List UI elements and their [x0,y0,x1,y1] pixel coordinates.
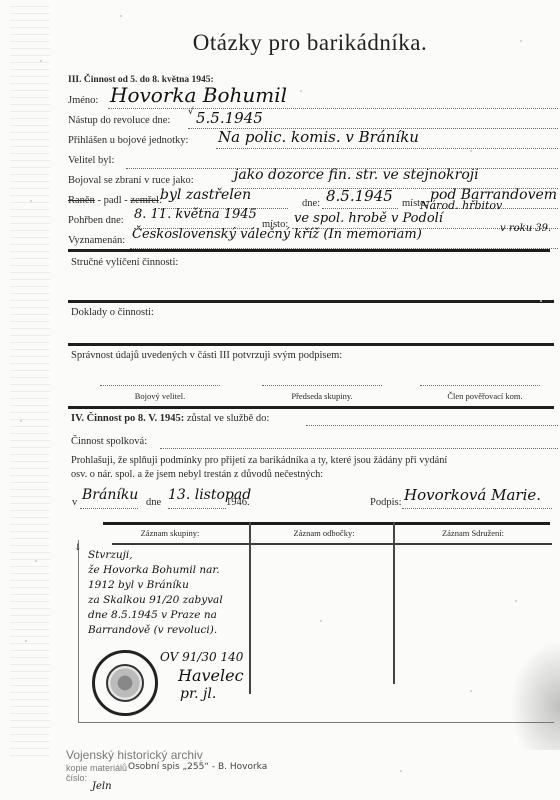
group-record-note: Stvrzuji,že Hovorka Bohumil nar.1912 byl… [88,548,223,638]
wounded-label-struck-2: zemřel [130,195,159,206]
section4-heading-rest: zůstal ve službě do: [184,413,269,424]
divider [68,343,554,346]
service-until-line[interactable] [306,425,558,426]
records-header-rule [112,543,552,545]
archive-institution: Vojenský historický archiv [66,748,203,762]
decorated-label: Vyznamenán: [68,235,125,246]
scan-speck [150,615,152,617]
scan-speck [35,560,37,562]
signature-line-commander[interactable] [100,385,220,386]
start-label: Nástup do revoluce dne: [68,115,170,126]
scan-edge-texture [10,0,50,760]
club-activity-label: Činnost spolková: [71,436,147,447]
records-column-divider [249,522,251,694]
records-header-group: Záznam skupiny: [90,528,250,538]
group-note-line: Barrandově (v revoluci). [88,623,223,638]
signature-caption-member: Člen pověřovací kom. [420,391,550,401]
scan-speck [25,640,27,642]
divider [68,406,554,409]
signature-line [402,508,552,509]
scan-speck [120,15,122,17]
scan-speck [470,690,472,692]
signature-line-member[interactable] [420,385,540,386]
official-stamp [92,650,158,716]
form-title: Otázky pro barikádníka. [0,30,560,56]
records-header-branch: Záznam odbočky: [252,528,396,538]
date-prefix: dne [146,497,161,508]
scan-grain-shadow [510,640,560,750]
signature-line-chair[interactable] [262,385,382,386]
scan-speck [300,90,302,92]
buried-place-note: Národ. hřbitov [420,199,502,212]
decorated-value[interactable]: Československý válečný kříž (In memoriam… [132,227,422,242]
archive-initials: Jeln [92,781,112,792]
decorated-note: v roku 39. [500,223,551,234]
name-value[interactable]: Hovorka Bohumil [110,83,287,107]
signature-caption-chair: Předseda skupiny. [262,391,382,401]
check-mark: √ [188,107,194,117]
scan-speck [470,150,472,152]
name-line [108,108,558,109]
buried-place-value[interactable]: ve spol. hrobě v Podolí [294,211,443,226]
wounded-date-label: dne: [302,198,320,209]
records-column-divider [393,522,395,684]
stamp-sign-line-1: OV 91/30 140 [160,650,243,664]
club-activity-line[interactable] [160,448,558,449]
date-line [168,508,226,509]
declaration-line-2: osv. o nár. spol. a že jsem nebyl trestá… [71,469,323,480]
group-note-line: že Hovorka Bohumil nar. [88,563,223,578]
evidence-label: Doklady o činnosti: [71,307,154,318]
buried-value[interactable]: 8. 11. května 1945 [134,207,257,222]
group-note-line: za Skalkou 91/20 zabyval [88,593,223,608]
place-line [80,508,138,509]
archive-number-label: číslo: [66,773,87,783]
unit-line [216,148,558,149]
scan-speck [20,420,22,422]
start-value[interactable]: 5.5.1945 [196,109,263,127]
stamp-sign-line-3: pr. jl. [180,686,216,702]
group-note-line: dne 8.5.1945 v Praze na [88,608,223,623]
scan-speck [200,760,202,762]
scan-speck [515,600,517,602]
scan-speck [400,770,402,772]
wounded-label-mid: - padl - [95,195,131,206]
archive-copy-value: Osobní spis „255“ - B. Hovorka [128,762,267,772]
records-bottom-rule [78,722,554,723]
section4-heading: IV. Činnost po 8. V. 1945: zůstal ve slu… [71,413,269,424]
stamp-emblem-icon [106,664,144,702]
confirmation-label: Správnost údajů uvedených v části III po… [71,350,342,361]
unit-value[interactable]: Na polic. komis. v Bráníku [218,128,419,146]
stamp-sign-line-2: Havelec [178,666,244,685]
declaration-line-1: Prohlašuji, že splňuji podmínky pro přij… [71,455,447,466]
records-header-association: Záznam Sdružení: [398,528,548,538]
arrow-mark: ↓ [74,543,82,553]
divider [68,300,554,303]
wounded-label: Raněn - padl - zemřel: [68,195,162,206]
group-note-line: 1912 byl v Bráníku [88,578,223,593]
scan-speck [320,620,322,622]
group-note-line: Stvrzuji, [88,548,223,563]
scan-speck [540,300,542,302]
armed-label: Bojoval se zbraní v ruce jako: [68,175,194,186]
place-value[interactable]: Bráníku [82,487,138,503]
year: 1946. [226,497,250,508]
scan-speck [520,40,522,42]
divider [103,522,550,525]
section4-heading-bold: IV. Činnost po 8. V. 1945: [71,413,184,424]
scan-speck [30,200,32,202]
brief-description-label: Stručné vylíčení činnosti: [71,257,178,268]
buried-label: Pohřben dne: [68,215,124,226]
signature-label: Podpis: [370,497,402,508]
armed-value[interactable]: jako dozorce fin. str. ve stejnokroji [234,167,479,183]
wounded-date-value[interactable]: 8.5.1945 [326,187,393,205]
wounded-date-line [322,208,398,209]
signature-value[interactable]: Hovorková Marie. [404,486,541,504]
scan-speck [40,60,42,62]
unit-label: Přihlášen u bojové jednotky: [68,135,188,146]
signature-caption-commander: Bojový velitel. [100,391,220,401]
commander-label: Velitel byl: [68,155,114,166]
wounded-value[interactable]: byl zastřelen [160,187,251,203]
records-left-edge [78,540,79,723]
place-prefix: v [72,497,77,508]
wounded-label-struck-1: Raněn [68,195,95,206]
archive-copy-label: kopie materiálů [66,763,127,773]
divider [68,249,550,252]
name-label: Jméno: [68,95,98,106]
